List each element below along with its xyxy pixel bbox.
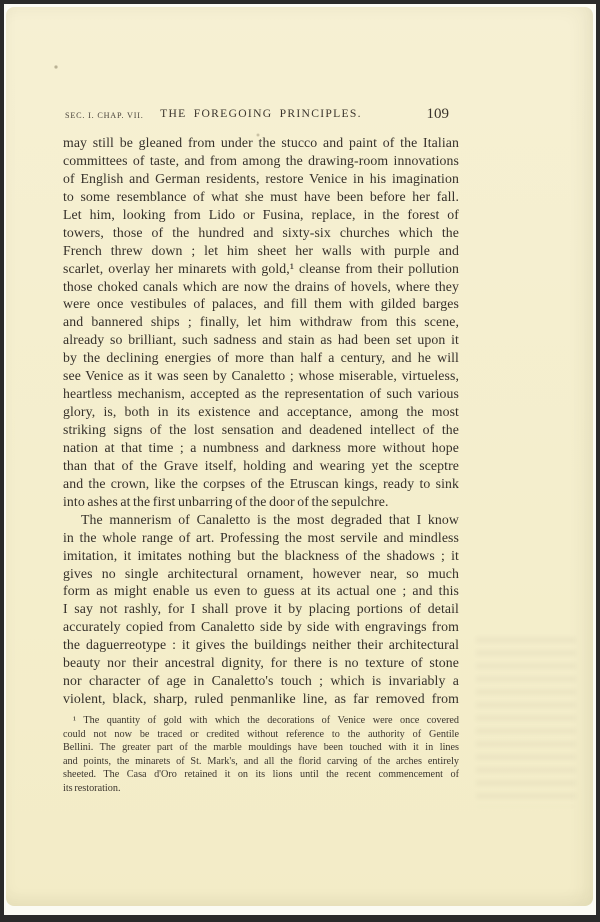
- text-line: those choked canals which are now the dr…: [63, 278, 459, 296]
- text-line: and the crown, like the corpses of the E…: [63, 475, 459, 493]
- text-line: than that of the Grave itself, holding a…: [63, 457, 459, 475]
- text-line: its restoration.: [63, 782, 459, 796]
- text-line: violent, black, sharp, ruled penmanlike …: [63, 690, 459, 708]
- text-line: already so brilliant, such sadness and s…: [63, 331, 459, 349]
- text-line: Let him, looking from Lido or Fusina, re…: [63, 206, 459, 224]
- text-line: striking signs of the lost sensation and…: [63, 421, 459, 439]
- text-line: accurately copied from Canaletto side by…: [63, 618, 459, 636]
- body-text: may still be gleaned from under the stuc…: [63, 134, 459, 708]
- text-line: heartless mechanism, accepted as the rep…: [63, 385, 459, 403]
- text-line: see Venice as it was seen by Canaletto ;…: [63, 367, 459, 385]
- text-line: the daguerreotype : it gives the buildin…: [63, 636, 459, 654]
- text-line: committees of taste, and from among the …: [63, 152, 459, 170]
- text-line: of English and German residents, restore…: [63, 170, 459, 188]
- book-page: SEC. I. CHAP. VII. THE FOREGOING PRINCIP…: [6, 7, 593, 906]
- paragraph-1: may still be gleaned from under the stuc…: [63, 134, 459, 511]
- text-line: sheeted. The Casa d'Oro retained it on i…: [63, 768, 459, 782]
- text-line: imitation, it imitates nothing but the b…: [63, 547, 459, 565]
- text-line: may still be gleaned from under the stuc…: [63, 134, 459, 152]
- paragraph-2: The mannerism of Canaletto is the most d…: [63, 511, 459, 708]
- text-line: towers, those of the hundred and sixty-s…: [63, 224, 459, 242]
- text-line: I say not rashly, for I shall prove it b…: [63, 600, 459, 618]
- text-line: nation at that time ; a numbness and dar…: [63, 439, 459, 457]
- text-line: to some resemblance of what she must hav…: [63, 188, 459, 206]
- text-line: and points, the minarets of St. Mark's, …: [63, 755, 459, 769]
- page-title: THE FOREGOING PRINCIPLES.: [63, 107, 459, 120]
- text-line: French threw down ; let him sheet her wa…: [63, 242, 459, 260]
- text-line: nor character of age in Canaletto's touc…: [63, 672, 459, 690]
- text-line: Bellini. The greater part of the marble …: [63, 741, 459, 755]
- text-line: gives no single architectural ornament, …: [63, 565, 459, 583]
- text-line: by the declining energies of more than h…: [63, 349, 459, 367]
- text-line: and bannered ships ; finally, let him wi…: [63, 313, 459, 331]
- text-line: scarlet, overlay her minarets with gold,…: [63, 260, 459, 278]
- text-line: The mannerism of Canaletto is the most d…: [63, 511, 459, 529]
- text-line: could not now be traced or credited with…: [63, 728, 459, 742]
- page-number: 109: [427, 106, 450, 123]
- text-line: glory, is, both in its existence and acc…: [63, 403, 459, 421]
- text-line: ¹ The quantity of gold with which the de…: [63, 714, 459, 728]
- text-line: in the whole range of art. Professing th…: [63, 529, 459, 547]
- text-line: beauty nor their ancestral dignity, for …: [63, 654, 459, 672]
- running-head: SEC. I. CHAP. VII. THE FOREGOING PRINCIP…: [63, 106, 459, 124]
- text-line: into ashes at the first unbarring of the…: [63, 493, 459, 511]
- text-line: form as might enable us even to guess at…: [63, 582, 459, 600]
- footnote: ¹ The quantity of gold with which the de…: [63, 714, 459, 796]
- scan-frame: SEC. I. CHAP. VII. THE FOREGOING PRINCIP…: [0, 0, 600, 922]
- text-line: were once vestibules of palaces, and fil…: [63, 295, 459, 313]
